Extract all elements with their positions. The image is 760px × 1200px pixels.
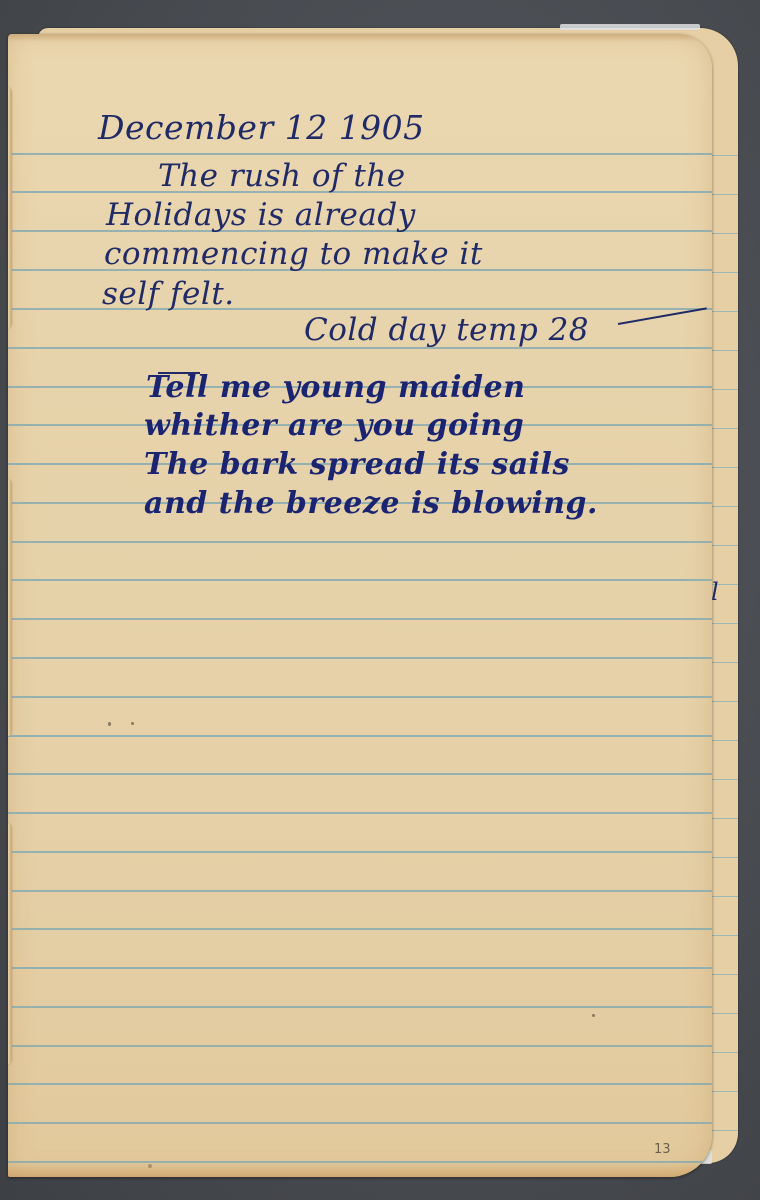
diary-page: December 12 1905 The rush of the Holiday… xyxy=(8,34,712,1177)
ink-spot xyxy=(148,1164,152,1168)
verse-line-3: The bark spread its sails xyxy=(144,447,570,482)
t-cross-stroke xyxy=(158,372,200,374)
stitch-binding-bottom xyxy=(8,824,12,1064)
underline-stroke xyxy=(618,307,707,324)
page-bottom-edge xyxy=(8,1163,712,1177)
margin-mark-l: l xyxy=(711,578,719,606)
entry-line-2: Holidays is already xyxy=(106,197,416,233)
page-number: 13 xyxy=(654,1142,671,1157)
verse-line-4: and the breeze is blowing. xyxy=(144,486,598,521)
entry-line-5: Cold day temp 28 xyxy=(304,312,589,348)
verse-line-1: Tell me young maiden xyxy=(146,370,525,405)
ink-spot xyxy=(592,1014,595,1017)
entry-line-3: commencing to make it xyxy=(104,236,483,272)
tissue-strip-top xyxy=(560,24,700,30)
stitch-binding-top xyxy=(8,88,12,328)
ink-spot xyxy=(131,722,134,725)
page-top-edge xyxy=(8,34,712,42)
entry-date: December 12 1905 xyxy=(98,108,425,147)
ink-spot xyxy=(108,722,111,726)
verse-line-2: whither are you going xyxy=(144,408,524,443)
entry-line-1: The rush of the xyxy=(158,158,406,194)
stitch-binding-middle xyxy=(8,480,12,736)
entry-line-4: self felt. xyxy=(102,276,235,312)
